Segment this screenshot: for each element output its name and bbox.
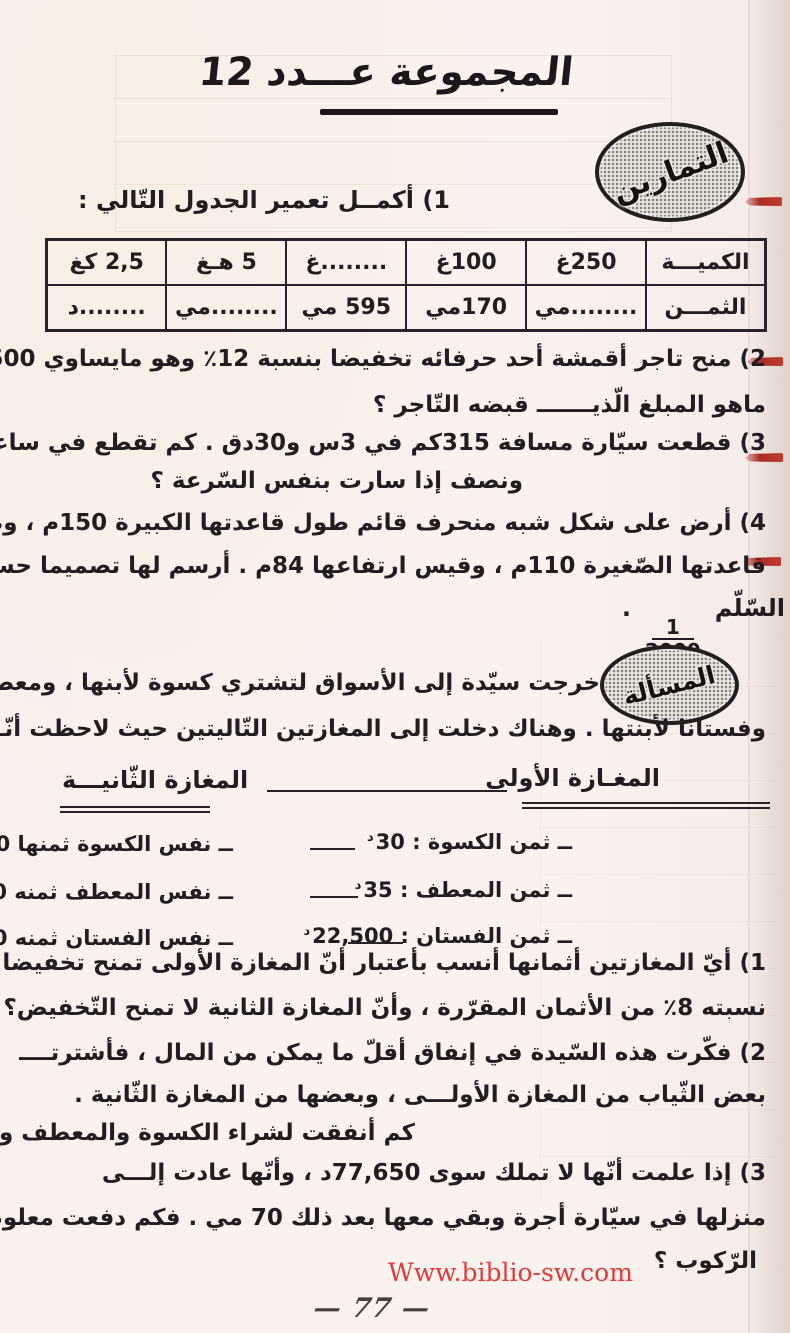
problem-stamp: المسألة — [600, 645, 739, 725]
question3-line1: 3) إذا علمت أنّها لا تملك سوى 77,650د ، … — [102, 1160, 766, 1186]
red-pen-mark-1 — [745, 197, 782, 206]
exercise2-line2: ماهو المبلغ الّذيـــــــ قبضه التّاجر ؟ — [373, 392, 766, 418]
problem-stamp-label: المسألة — [620, 660, 718, 711]
row-dash-line — [310, 848, 355, 850]
scale-period: . — [622, 594, 631, 622]
question3-line3: الرّكوب ؟ — [654, 1248, 757, 1274]
table-cell: 2,5 كغ — [47, 240, 167, 286]
price-value: 28,500 — [0, 832, 10, 856]
store2-header-underline — [60, 806, 210, 813]
table-header-quantity: الكميـــة — [646, 240, 766, 286]
price-value: 32,800 — [0, 880, 7, 904]
currency-unit: د — [303, 924, 310, 939]
price-value: 22,500 — [312, 924, 393, 948]
table-cell: ........مي — [166, 285, 286, 331]
table-cell: 100غ — [406, 240, 526, 286]
question3-line2: منزلها في سيّارة أجرة وبقي معها بعد ذلك … — [0, 1205, 766, 1231]
title-underline — [320, 109, 558, 115]
price-value: 30 — [376, 830, 405, 854]
table-cell: 170مي — [406, 285, 526, 331]
currency-unit: د — [355, 878, 362, 893]
question2-line1: 2) فكّرت هذه السّيدة في إنفاق أقلّ ما يم… — [19, 1040, 766, 1066]
price-label: ــ نفس الفستان ثمنه — [15, 926, 233, 950]
store1-price-item: ــ ثمن الفستان : 22,500د — [303, 924, 572, 948]
table-header-price: الثمـــن — [646, 285, 766, 331]
question2-line2: بعض الثّياب من المغازة الأولـــى ، وبعضه… — [74, 1082, 766, 1108]
price-value: 35 — [363, 878, 392, 902]
price-label: ــ نفس المعطف ثمنه — [14, 880, 233, 904]
price-label: ــ ثمن الفستان : — [401, 924, 573, 948]
page-title: المجموعة عـــدد 12 — [286, 50, 576, 95]
exercise2-line1: 2) منح تاجر أقمشة أحد حرفائه تخفيضا بنسب… — [0, 346, 766, 372]
store1-header-underline — [522, 802, 770, 809]
question1-line2: نسبته 8٪ من الأثمان المقرّرة ، وأنّ المغ… — [3, 995, 766, 1021]
table-cell: 5 هـغ — [166, 240, 286, 286]
currency-unit: د — [367, 830, 374, 845]
quantity-price-table: الكميـــة 250غ 100غ ........غ 5 هـغ 2,5 … — [45, 238, 767, 332]
table-cell: 250غ — [526, 240, 646, 286]
row-dash-line — [348, 942, 403, 944]
scale-label: السّلّم — [715, 594, 785, 622]
exercise1-heading: 1) أكمــل تعمير الجدول التّالي : — [78, 186, 450, 214]
store2-price-item: ــ نفس المعطف ثمنه 32,800د — [0, 880, 233, 904]
store2-header: المغازة الثّانيـــة — [62, 766, 248, 794]
row-dash-line — [310, 896, 358, 898]
store2-price-item: ــ نفس الفستان ثمنه 17,300د — [0, 926, 233, 950]
table-cell: ........غ — [286, 240, 406, 286]
fraction-numerator: 1 — [652, 617, 694, 640]
exercises-stamp: التمارين — [595, 122, 745, 222]
exercise3-line2: ونصف إذا سارت بنفس السّرعة ؟ — [150, 468, 523, 494]
header-connector-line — [267, 790, 507, 792]
website-watermark: Www.biblio-sw.com — [388, 1258, 633, 1287]
table-cell: ........مي — [526, 285, 646, 331]
problem-intro-line1: خرجت سيّدة إلى الأسواق لتشتري كسوة لأبنه… — [0, 670, 600, 696]
page-number: — 77 — — [289, 1293, 454, 1324]
table-cell: ........د — [47, 285, 167, 331]
table-row-quantity: الكميـــة 250غ 100غ ........غ 5 هـغ 2,5 … — [47, 240, 766, 286]
store1-price-item: ــ ثمن الكسوة : 30د — [367, 830, 572, 854]
problem-intro-line2: وفستانا لأبنتها . وهناك دخلت إلى المغازت… — [0, 716, 766, 742]
store1-header: المغـازة الأولى — [485, 764, 660, 792]
price-label: ــ ثمن الكسوة : — [412, 830, 572, 854]
scanned-textbook-page: المجموعة عـــدد 12 التمارين 1) أكمــل تع… — [0, 0, 790, 1333]
price-label: ــ نفس الكسوة ثمنها — [18, 832, 234, 856]
store2-price-item: ــ نفس الكسوة ثمنها 28,500د — [0, 832, 233, 856]
exercise4-line2: قاعدتها الصّغيرة 110م ، وقيس ارتفاعها 84… — [0, 553, 766, 579]
exercise4-line1: 4) أرض على شكل شبه منحرف قائم طول قاعدته… — [0, 510, 766, 536]
exercise3-line1: 3) قطعت سيّارة مسافة 315كم في 3س و30دق .… — [0, 430, 766, 456]
exercises-stamp-label: التمارين — [607, 135, 732, 209]
question2-line3: كم أنفقت لشراء الكسوة والمعطف والفستان ؟ — [0, 1120, 415, 1146]
table-row-price: الثمـــن ........مي 170مي 595 مي .......… — [47, 285, 766, 331]
price-label: ــ ثمن المعطف : — [400, 878, 572, 902]
price-value: 17,300 — [0, 926, 7, 950]
question1-line1: 1) أيّ المغازتين أثمانها أنسب بأعتبار أن… — [2, 950, 766, 976]
table-cell: 595 مي — [286, 285, 406, 331]
store1-price-item: ــ ثمن المعطف : 35د — [355, 878, 572, 902]
